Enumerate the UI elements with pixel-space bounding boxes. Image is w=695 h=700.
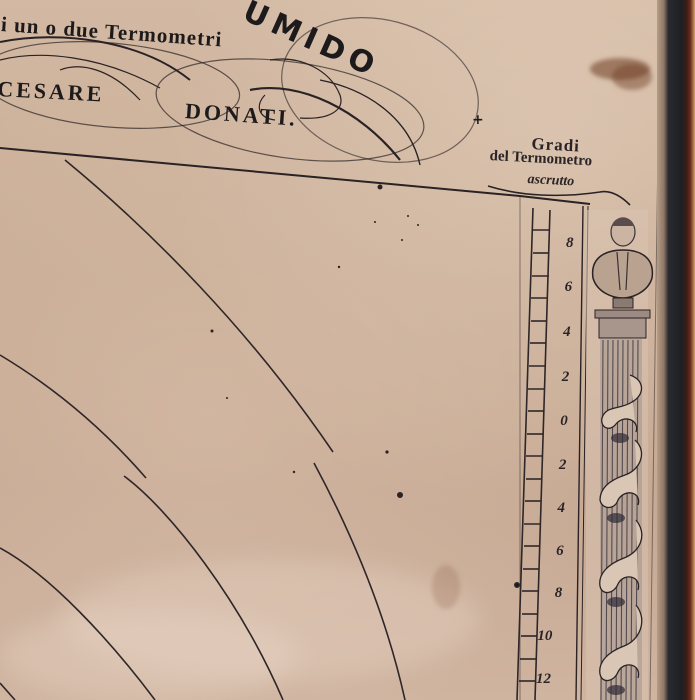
scale-label: 6 (565, 279, 573, 296)
scale-label: 4 (558, 500, 566, 517)
curve-2a (0, 355, 146, 478)
scale-header-ascrutto: ascrutto (527, 172, 574, 190)
curve-3 (0, 548, 155, 700)
scale-label: 10 (537, 628, 552, 645)
foxing-specks (211, 185, 420, 499)
curve-4 (0, 683, 15, 700)
scale-label: 0 (560, 413, 568, 430)
scale-label: 6 (556, 543, 564, 560)
hygrometric-curves (0, 160, 405, 700)
curve-1b (314, 463, 405, 700)
plus-mark: + (472, 112, 485, 128)
scale-label: 2 (562, 369, 570, 386)
bust-column-illustration (586, 210, 652, 700)
picture-frame-edge (657, 0, 695, 700)
author-first-name: CESARE (0, 76, 105, 108)
chart-lines (0, 0, 695, 700)
scale-label: 12 (536, 671, 551, 688)
scale-label: 8 (566, 235, 574, 252)
scale-label: 2 (559, 457, 567, 474)
scale-label: 4 (563, 324, 571, 341)
scale-label: 8 (555, 585, 563, 602)
curve-1a (65, 160, 333, 452)
curve-2b (124, 476, 283, 700)
